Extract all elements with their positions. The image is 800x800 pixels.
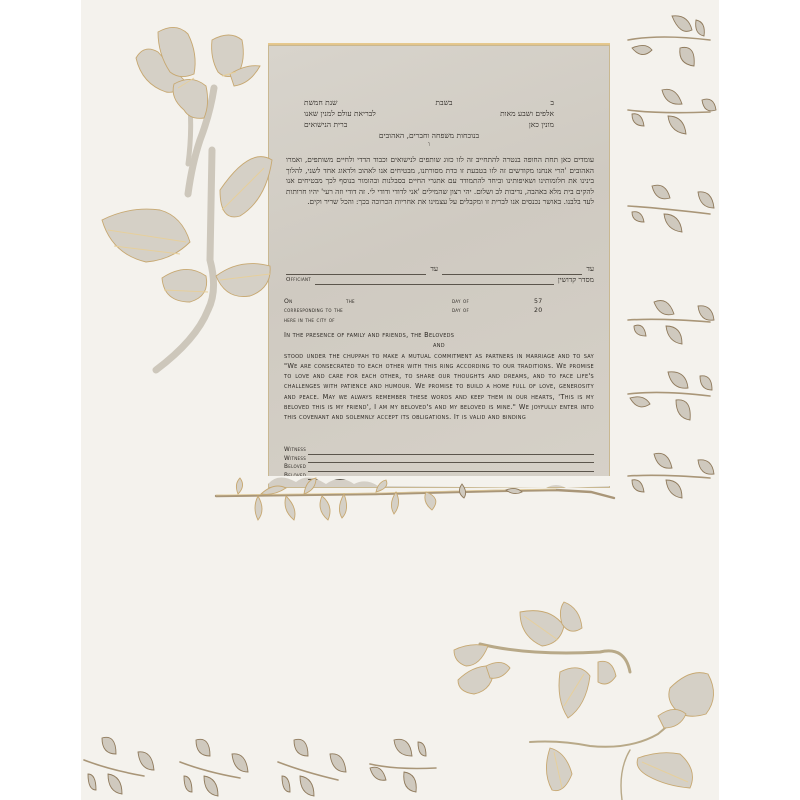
hebrew-vav-mark: ו xyxy=(304,141,554,149)
corresponding-label: corresponding to the xyxy=(284,306,343,315)
torn-edge-vine-icon xyxy=(216,476,626,526)
hebrew-witness-label-1: עד xyxy=(586,264,594,275)
poppy-vine-corner-icon xyxy=(530,670,720,800)
hebrew-marriage-covenant: ברית הנישואים xyxy=(304,119,347,130)
sprig-5 xyxy=(628,372,712,420)
hebrew-date-weekday: בשבת xyxy=(435,97,452,108)
signature-rule[interactable] xyxy=(286,267,426,275)
bottom-sprig-3 xyxy=(278,739,346,796)
bottom-sprig-row-icon xyxy=(80,730,520,800)
witness-line-2[interactable]: Witness xyxy=(284,455,594,464)
english-opening-line: In the presence of family and friends, t… xyxy=(284,330,594,340)
parchment-panel: ב בשבת שנת חמשת אלפים ושבע מאות לבריאת ע… xyxy=(268,44,610,488)
witness-line-1[interactable]: Witness xyxy=(284,446,594,455)
hebrew-header-line-2: אלפים ושבע מאות לבריאת עולם למנין שאנו xyxy=(304,108,554,119)
hebrew-header-line-1: ב בשבת שנת חמשת xyxy=(304,97,554,108)
signature-rule[interactable] xyxy=(308,447,594,455)
signature-rule[interactable] xyxy=(308,464,594,472)
english-body-text: stood under the chuppah to make a mutual… xyxy=(284,351,594,423)
beloved-line-1[interactable]: Beloved xyxy=(284,463,594,472)
city-label: here in the city of xyxy=(284,316,335,325)
hebrew-witness-line[interactable]: עד עד xyxy=(286,264,594,275)
signature-rule[interactable] xyxy=(315,277,554,285)
date-the-label: the xyxy=(346,297,355,306)
hebrew-creation-count: לבריאת עולם למנין שאנו xyxy=(304,108,376,119)
english-body: In the presence of family and friends, t… xyxy=(284,330,594,423)
sprig-1 xyxy=(628,16,710,66)
hebrew-signatures: עד עד מסדר קדושין Officiant xyxy=(286,264,594,285)
sprig-6 xyxy=(628,453,714,498)
signature-rule[interactable] xyxy=(442,267,582,275)
english-date-line-3: here in the city of xyxy=(284,316,594,325)
date-on-label: On xyxy=(284,297,292,306)
english-date-line-2: corresponding to the day of 20 xyxy=(284,306,594,315)
hebrew-counting-here: מונין כאן xyxy=(529,119,554,130)
hebrew-body-text: עומדים כאן תחת החופה בנטרה להתחייב זה לז… xyxy=(286,155,594,208)
date-day-of-label: day of xyxy=(452,297,469,306)
signature-rule[interactable] xyxy=(308,455,594,463)
english-date-line-1: On the day of 57 xyxy=(284,297,594,306)
hebrew-header-line-3: מונין כאן ברית הנישואים xyxy=(304,119,554,130)
sprig-3 xyxy=(628,185,714,232)
witness-label-2: Witness xyxy=(284,455,306,464)
hebrew-officiant-label: מסדר קדושין xyxy=(558,275,594,286)
hebrew-header: ב בשבת שנת חמשת אלפים ושבע מאות לבריאת ע… xyxy=(304,97,554,149)
date-day-of-label-2: day of xyxy=(452,306,469,315)
english-and: and xyxy=(284,340,594,350)
right-sprig-column-icon xyxy=(620,8,720,498)
hebrew-witness-label-2: עד xyxy=(430,264,438,275)
hebrew-year-hundreds: אלפים ושבע מאות xyxy=(500,108,554,119)
english-date-block: On the day of 57 corresponding to the da… xyxy=(284,297,594,325)
hebrew-officiant-line[interactable]: מסדר קדושין Officiant xyxy=(286,275,594,286)
sprig-2 xyxy=(628,89,716,134)
bottom-sprig-2 xyxy=(180,739,248,796)
officiant-label: Officiant xyxy=(286,275,311,286)
hebrew-date-year-start: שנת חמשת xyxy=(304,97,337,108)
english-signatures: Witness Witness Beloved Beloved xyxy=(284,446,594,480)
hebrew-year-prefix: 57 xyxy=(534,297,542,306)
witness-label-1: Witness xyxy=(284,446,306,455)
hebrew-date-day: ב xyxy=(550,97,554,108)
bottom-sprig-4 xyxy=(370,739,436,792)
hebrew-presence-line: בנוכחות משפחה וחברים, האהובים xyxy=(304,130,554,141)
gregorian-year-prefix: 20 xyxy=(534,306,542,315)
leaf-cluster-icon xyxy=(100,150,275,390)
beloved-label-1: Beloved xyxy=(284,463,306,472)
sprig-4 xyxy=(628,301,714,345)
bottom-sprig-1 xyxy=(84,737,154,794)
